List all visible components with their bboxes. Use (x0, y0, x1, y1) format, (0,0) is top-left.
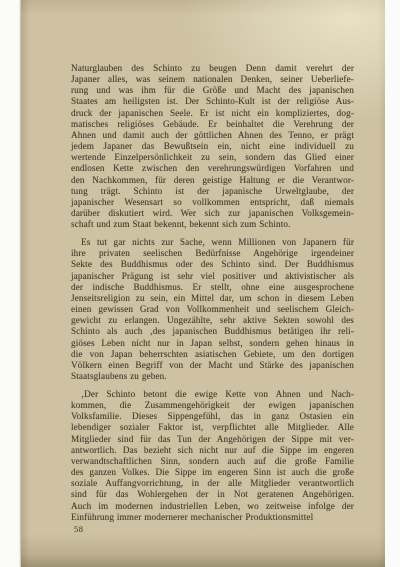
text-line: Naturglauben des Schinto zu beugen Denn … (71, 63, 354, 74)
text-line: giöses Leben nicht nur in Japan selbst, … (71, 338, 354, 349)
text-line: Ahnen und damit auch der göttlichen Ahne… (71, 130, 354, 141)
text-line: japanischer Wesensart so vollkommen ents… (71, 197, 354, 208)
text-line: darüber diskutiert wird. Wer sich zur ja… (71, 208, 354, 219)
text-line: die von Japan beherrschten asiatischen G… (71, 349, 354, 360)
text-line: des ganzen Volkes. Die Sippe im engeren … (71, 467, 354, 478)
scanned-page-view: Naturglauben des Schinto zu beugen Denn … (0, 0, 400, 567)
text-line: Es tut gar nichts zur Sache, wenn Millio… (71, 237, 354, 248)
text-line: der indische Buddhismus. Er stellt, ohne… (71, 282, 354, 293)
text-line: den Nachkommen, für deren geistige Haltu… (71, 175, 354, 186)
paragraph: ‚Der Schinto betont die ewige Kette von … (71, 389, 354, 523)
text-line: gewicht zu erlangen. Ungezählte, sehr ak… (71, 315, 354, 326)
text-line: matisches religiöses Gebäude. Er beinhal… (71, 119, 354, 130)
text-line: Staates am heiligsten ist. Der Schinto-K… (71, 96, 354, 107)
book-page: Naturglauben des Schinto zu beugen Denn … (21, 0, 385, 567)
text-line: Einführung immer modernerer mechanischer… (71, 512, 354, 523)
paragraph: Naturglauben des Schinto zu beugen Denn … (71, 63, 354, 230)
text-line: ‚Der Schinto betont die ewige Kette von … (71, 389, 354, 400)
text-line: druck der japanischen Seele. Er ist nich… (71, 108, 354, 119)
text-line: Mitglieder sind für das Tun der Angehöri… (71, 434, 354, 445)
text-line: schaft und zum Staat bekennt, bekennt si… (71, 219, 354, 230)
page-number: 58 (74, 524, 84, 534)
text-line: einen gewissen Grad von Vollkommenheit u… (71, 304, 354, 315)
text-line: kommen, die Zusammengehörigkeit der ewig… (71, 400, 354, 411)
text-line: antwortlich. Das bezieht sich nicht nur … (71, 445, 354, 456)
paragraph: Es tut gar nichts zur Sache, wenn Millio… (71, 237, 354, 382)
text-line: Jenseitsreligion zu sein, ein Mittel dar… (71, 293, 354, 304)
text-line: wertende Einzelpersönlichkeit zu sein, s… (71, 152, 354, 163)
text-line: Japaner alles, was seinem nationalen Den… (71, 74, 354, 85)
text-line: soziale Auffangvorrichtung, in der alle … (71, 478, 354, 489)
text-line: lebendiger sozialer Faktor ist, verpflic… (71, 422, 354, 433)
text-line: verwandtschaftlichen Sinn, sondern auch … (71, 456, 354, 467)
text-line: Sekte des Buddhismus oder des Schinto si… (71, 259, 354, 270)
text-line: Staatsglaubens zu geben. (71, 371, 354, 382)
text-line: rung und was ihm für die Größe und Macht… (71, 85, 354, 96)
text-line: Völkern einen Begriff von der Macht und … (71, 360, 354, 371)
text-line: Schinto als auch ‚des japanischen Buddhi… (71, 326, 354, 337)
text-line: tung trägt. Schinto ist der japanische U… (71, 186, 354, 197)
text-line: jedem Japaner das Bewußtsein ein, nicht … (71, 141, 354, 152)
text-line: japanischer Prägung ist sehr viel positi… (71, 271, 354, 282)
text-line: ihre privaten seelischen Bedürfnisse Ang… (71, 248, 354, 259)
text-line: sind für das Wohlergehen der in Not gera… (71, 489, 354, 500)
text-line: endlosen Kette zwischen den verehrungswü… (71, 163, 354, 174)
text-line: Volksfamilie. Dieses Sippengefühl, das i… (71, 411, 354, 422)
text-line: Auch im modernen industriellen Leben, wo… (71, 501, 354, 512)
text-block: Naturglauben des Schinto zu beugen Denn … (71, 63, 354, 523)
